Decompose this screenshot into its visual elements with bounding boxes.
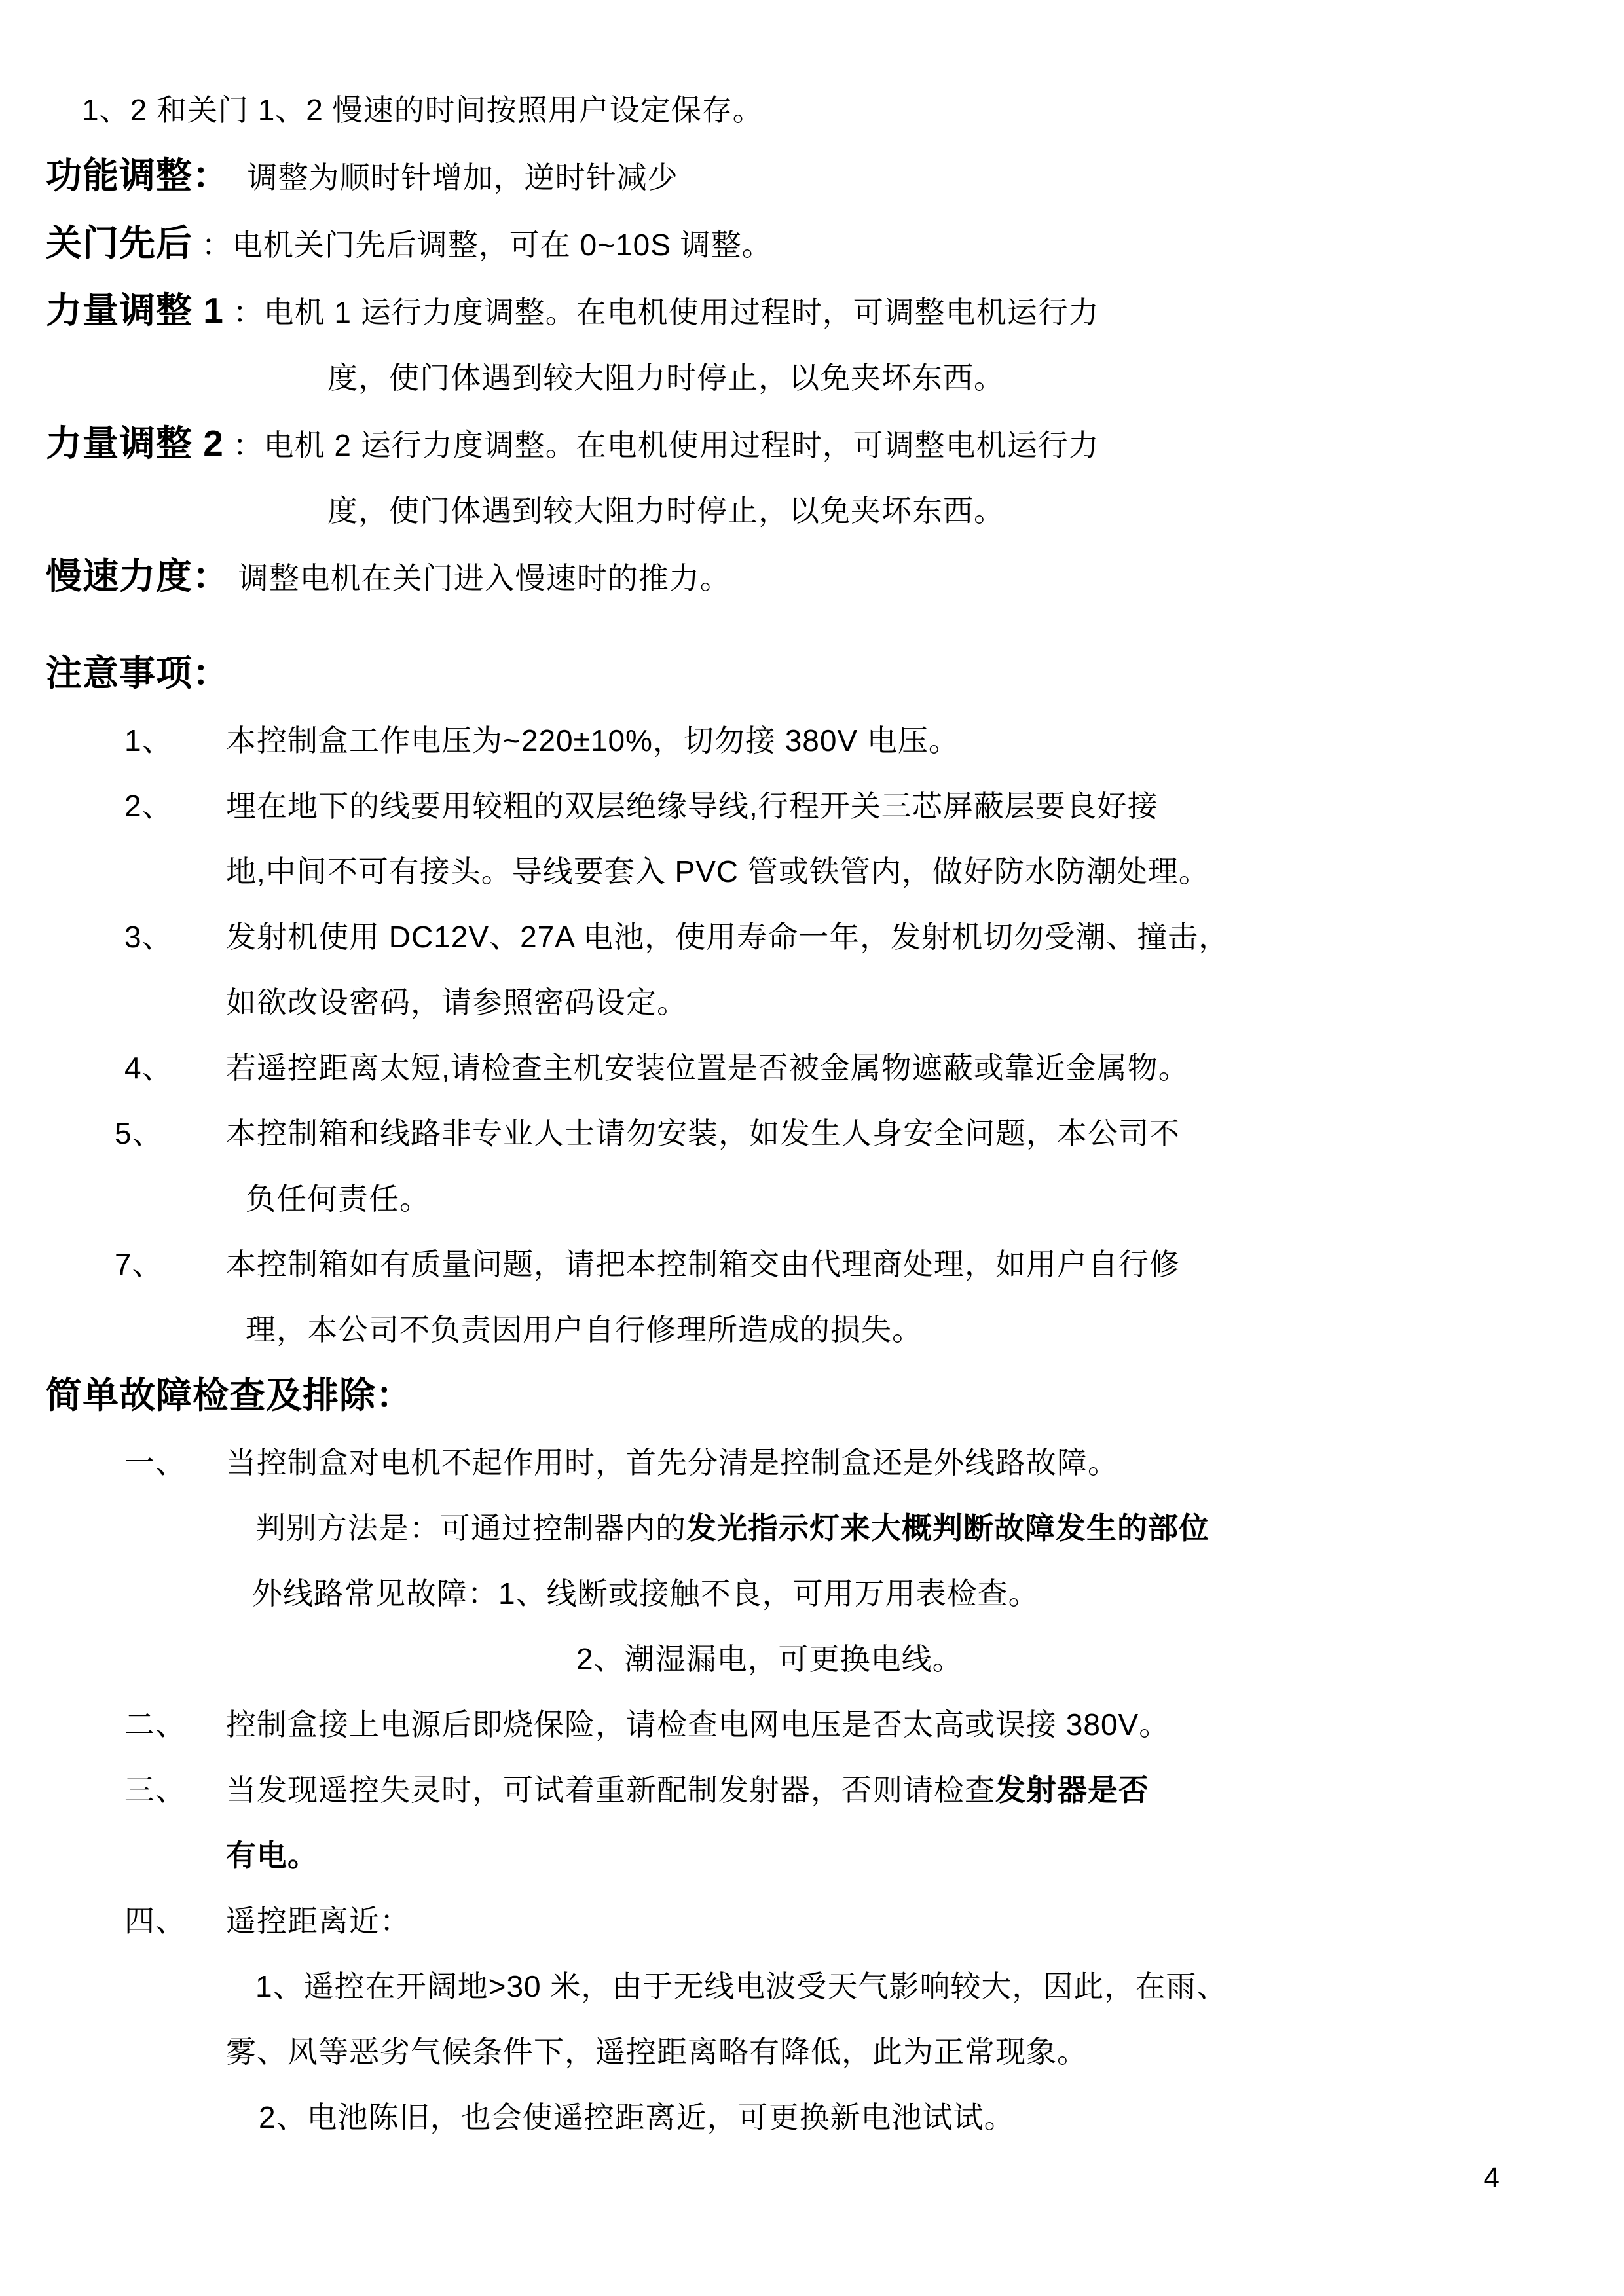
text-segment: 调整电机在关门进入慢速时的推力。 <box>229 561 731 595</box>
list-marker: 2、 <box>124 773 226 839</box>
list-marker: 二、 <box>124 1692 226 1757</box>
list-marker: 三、 <box>124 1757 226 1823</box>
text-segment: 1、2 和关门 1、2 慢速的时间按照用户设定保存。 <box>82 93 764 127</box>
text-segment: 2、潮湿漏电，可更换电线。 <box>576 1642 963 1676</box>
text-line: 关门先后 ：电机关门先后调整，可在 0~10S 调整。 <box>0 210 1624 278</box>
list-marker: 7、 <box>115 1231 226 1297</box>
text-line: 有电。 <box>0 1823 1624 1888</box>
text-segment-bold: 发射器是否 <box>995 1773 1149 1807</box>
text-line: 功能调整： 调整为顺时针增加，逆时针减少 <box>0 143 1624 210</box>
text-segment: 1、遥控在开阔地>30 米，由于无线电波受天气影响较大，因此，在雨、 <box>255 1969 1227 2003</box>
text-line: 力量调整 2 ：电机 2 运行力度调整。在电机使用过程时，可调整电机运行力 <box>0 410 1624 478</box>
list-marker: 4、 <box>124 1035 226 1101</box>
text-line: 1、本控制盒工作电压为~220±10%，切勿接 380V 电压。 <box>0 708 1624 773</box>
text-segment-bold: 简单故障检查及排除： <box>46 1375 413 1415</box>
text-segment: ：电机 1 运行力度调整。在电机使用过程时，可调整电机运行力 <box>224 295 1099 329</box>
text-line: 度，使门体遇到较大阻力时停止，以免夹坏东西。 <box>0 345 1624 410</box>
text-line: 7、本控制箱如有质量问题，请把本控制箱交由代理商处理，如用户自行修 <box>0 1231 1624 1297</box>
text-line: 如欲改设密码，请参照密码设定。 <box>0 970 1624 1035</box>
text-segment: 度，使门体遇到较大阻力时停止，以免夹坏东西。 <box>327 361 1005 395</box>
text-segment: 本控制盒工作电压为~220±10%，切勿接 380V 电压。 <box>226 723 959 757</box>
text-segment: 雾、风等恶劣气候条件下，遥控距离略有降低，此为正常现象。 <box>226 2035 1088 2069</box>
text-line: 地,中间不可有接头。导线要套入 PVC 管或铁管内，做好防水防潮处理。 <box>0 839 1624 904</box>
text-line: 2、潮湿漏电，可更换电线。 <box>0 1626 1624 1692</box>
text-segment: ：电机关门先后调整，可在 0~10S 调整。 <box>193 228 773 262</box>
text-segment: 外线路常见故障：1、线断或接触不良，可用万用表检查。 <box>252 1576 1039 1611</box>
text-line: 雾、风等恶劣气候条件下，遥控距离略有降低，此为正常现象。 <box>0 2019 1624 2085</box>
text-line: 2、电池陈旧，也会使遥控距离近，可更换新电池试试。 <box>0 2085 1624 2150</box>
text-segment-bold: 力量调整 1 <box>46 290 224 331</box>
text-segment-bold: 关门先后 <box>46 223 193 263</box>
text-line: 2、埋在地下的线要用较粗的双层绝缘导线,行程开关三芯屏蔽层要良好接 <box>0 773 1624 839</box>
text-segment: 度，使门体遇到较大阻力时停止，以免夹坏东西。 <box>327 494 1005 528</box>
list-marker: 3、 <box>124 904 226 970</box>
text-segment: 理，本公司不负责因用户自行修理所造成的损失。 <box>246 1313 923 1347</box>
list-marker: 一、 <box>124 1430 226 1495</box>
text-segment: 如欲改设密码，请参照密码设定。 <box>226 985 688 1019</box>
text-segment: 当发现遥控失灵时，可试着重新配制发射器，否则请检查 <box>226 1773 995 1807</box>
text-line: 1、遥控在开阔地>30 米，由于无线电波受天气影响较大，因此，在雨、 <box>0 1954 1624 2019</box>
list-marker: 5、 <box>115 1101 226 1166</box>
text-line: 四、遥控距离近： <box>0 1888 1624 1954</box>
text-segment: 调整为顺时针增加，逆时针减少 <box>229 160 678 194</box>
text-line: 5、本控制箱和线路非专业人士请勿安装，如发生人身安全问题，本公司不 <box>0 1101 1624 1166</box>
list-marker: 四、 <box>124 1888 226 1954</box>
text-segment-bold: 注意事项： <box>46 653 229 693</box>
text-line: 理，本公司不负责因用户自行修理所造成的损失。 <box>0 1297 1624 1362</box>
text-segment: 发射机使用 DC12V、27A 电池，使用寿命一年，发射机切勿受潮、撞击， <box>226 920 1229 954</box>
text-segment-bold: 有电。 <box>226 1838 318 1872</box>
text-segment-bold: 慢速力度： <box>46 556 229 596</box>
text-line: 力量调整 1 ：电机 1 运行力度调整。在电机使用过程时，可调整电机运行力 <box>0 278 1624 345</box>
document-body: 1、2 和关门 1、2 慢速的时间按照用户设定保存。功能调整： 调整为顺时针增加… <box>0 0 1624 2150</box>
text-segment: 埋在地下的线要用较粗的双层绝缘导线,行程开关三芯屏蔽层要良好接 <box>226 789 1158 823</box>
text-segment: 地,中间不可有接头。导线要套入 PVC 管或铁管内，做好防水防潮处理。 <box>226 854 1209 888</box>
text-segment-bold: 功能调整： <box>46 155 229 196</box>
text-line: 二、控制盒接上电源后即烧保险，请检查电网电压是否太高或误接 380V。 <box>0 1692 1624 1757</box>
text-segment: 判别方法是：可通过控制器内的 <box>255 1511 686 1545</box>
text-segment: 遥控距离近： <box>226 1904 411 1938</box>
text-line: 1、2 和关门 1、2 慢速的时间按照用户设定保存。 <box>0 77 1624 143</box>
list-marker: 1、 <box>124 708 226 773</box>
text-line: 一、当控制盒对电机不起作用时，首先分清是控制盒还是外线路故障。 <box>0 1430 1624 1495</box>
section-heading-troubleshooting: 简单故障检查及排除： <box>0 1362 1624 1430</box>
text-segment: 本控制箱如有质量问题，请把本控制箱交由代理商处理，如用户自行修 <box>226 1247 1180 1281</box>
page-number: 4 <box>1484 2164 1500 2193</box>
text-segment: 若遥控距离太短,请检查主机安装位置是否被金属物遮蔽或靠近金属物。 <box>226 1051 1189 1085</box>
text-segment-bold: 发光指示灯来大概判断故障发生的部位 <box>686 1511 1209 1545</box>
text-segment: 负任何责任。 <box>246 1182 430 1216</box>
text-line: 4、若遥控距离太短,请检查主机安装位置是否被金属物遮蔽或靠近金属物。 <box>0 1035 1624 1101</box>
text-line: 判别方法是：可通过控制器内的发光指示灯来大概判断故障发生的部位 <box>0 1495 1624 1561</box>
text-line: 度，使门体遇到较大阻力时停止，以免夹坏东西。 <box>0 478 1624 543</box>
text-segment: 2、电池陈旧，也会使遥控距离近，可更换新电池试试。 <box>259 2100 1015 2134</box>
text-segment: 本控制箱和线路非专业人士请勿安装，如发生人身安全问题，本公司不 <box>226 1116 1180 1150</box>
text-line: 负任何责任。 <box>0 1166 1624 1231</box>
text-segment-bold: 力量调整 2 <box>46 423 224 464</box>
text-segment: 当控制盒对电机不起作用时，首先分清是控制盒还是外线路故障。 <box>226 1446 1118 1480</box>
text-line: 慢速力度： 调整电机在关门进入慢速时的推力。 <box>0 543 1624 611</box>
text-segment: 控制盒接上电源后即烧保险，请检查电网电压是否太高或误接 380V。 <box>226 1707 1170 1741</box>
text-line: 3、发射机使用 DC12V、27A 电池，使用寿命一年，发射机切勿受潮、撞击， <box>0 904 1624 970</box>
text-segment: ：电机 2 运行力度调整。在电机使用过程时，可调整电机运行力 <box>224 428 1099 462</box>
text-line: 外线路常见故障：1、线断或接触不良，可用万用表检查。 <box>0 1561 1624 1626</box>
section-heading-notes: 注意事项： <box>0 640 1624 708</box>
text-line: 三、当发现遥控失灵时，可试着重新配制发射器，否则请检查发射器是否 <box>0 1757 1624 1823</box>
document-page: 1、2 和关门 1、2 慢速的时间按照用户设定保存。功能调整： 调整为顺时针增加… <box>0 0 1624 2296</box>
